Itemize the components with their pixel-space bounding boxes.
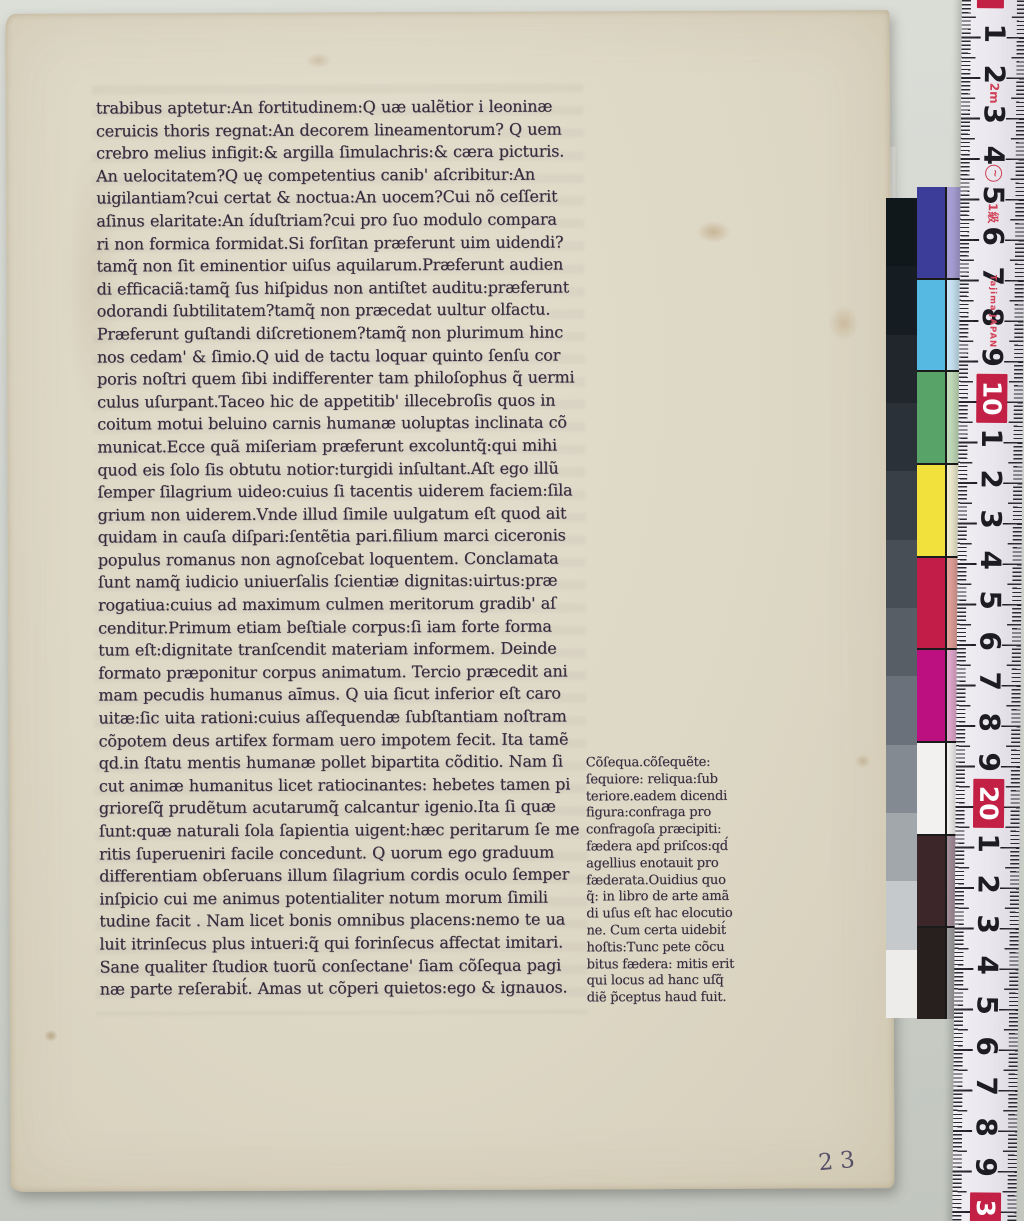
ruler-number: 3 bbox=[970, 1192, 1001, 1221]
text-line: Cõſequa.cõſequẽte: bbox=[586, 755, 744, 772]
wedge-step bbox=[886, 403, 917, 471]
text-line: ritis ſuperueniri facile concedunt. Q uo… bbox=[99, 841, 581, 866]
wedge-step bbox=[886, 881, 917, 949]
ruler-number: 2 bbox=[975, 469, 1008, 489]
text-line: uitæ:ſic uita rationi:cuius aſſequendæ ſ… bbox=[98, 705, 580, 730]
margin-note: Cõſequa.cõſequẽte:ſequiore: reliqua:ſubt… bbox=[586, 755, 745, 1008]
wedge-step bbox=[886, 266, 917, 334]
ruler-number: 9 bbox=[976, 347, 1009, 367]
ruler-number: 6 bbox=[970, 1036, 1003, 1056]
ruler-number: 6 bbox=[977, 226, 1010, 246]
ruler-annotation: 1級 bbox=[985, 203, 1002, 223]
ruler-annotation: JAPAN bbox=[987, 314, 997, 348]
text-line: rogatiua:cuius ad maximum culmen meritor… bbox=[98, 592, 580, 617]
ruler-number: 2 bbox=[971, 874, 1004, 894]
text-line: grioreſq̃ prudẽtum acutarumq̃ calcantur … bbox=[99, 796, 581, 821]
text-line: tamq̃ non ſit eminentior uiſus aquilarum… bbox=[96, 254, 578, 279]
fox-spot bbox=[696, 221, 730, 243]
text-line: luit itrinſecus plus intueri:q̃ qui fori… bbox=[99, 931, 581, 956]
text-line: figura:confraga pro bbox=[586, 805, 744, 822]
ruler-number: 1 bbox=[972, 833, 1005, 853]
text-line: quidam in cauſa diſpari:ſentẽtia pari.fi… bbox=[98, 525, 580, 550]
wedge-step bbox=[886, 813, 917, 881]
ruler-number: 4 bbox=[971, 955, 1004, 975]
text-line: tum eſt:dignitate tranſcendit materiam i… bbox=[98, 638, 580, 663]
text-line: quod eis ſolo ſis obtutu notior:turgidi … bbox=[97, 457, 579, 482]
ruler-number: 4 bbox=[974, 550, 1007, 570]
color-patch bbox=[917, 280, 945, 371]
jis-mark-icon: ~ bbox=[985, 165, 1002, 182]
text-line: fædera apd́ priſcos:qd́ bbox=[586, 839, 744, 856]
color-patch bbox=[917, 836, 945, 927]
wedge-step bbox=[886, 471, 917, 539]
grayscale-wedge bbox=[886, 198, 917, 1018]
text-line: uigilantiam?cui certat & noctua:An uocem… bbox=[96, 186, 578, 211]
ruler-zero-marker bbox=[977, 0, 1004, 8]
ruler-number: 1 bbox=[978, 23, 1011, 43]
ruler-number: 2 bbox=[978, 64, 1011, 84]
text-line: aſinus elaritate:An íduſtriam?cui pro ſu… bbox=[96, 208, 578, 233]
ruler-number: 8 bbox=[973, 712, 1006, 732]
ruler-number: 10 bbox=[976, 373, 1007, 422]
page-number-annotation: 23 bbox=[817, 1146, 862, 1176]
color-patch bbox=[917, 558, 945, 649]
wedge-step bbox=[886, 950, 917, 1018]
ruler-number: 3 bbox=[974, 509, 1007, 529]
ruler-annotation: 2m bbox=[987, 83, 1001, 104]
ruler: 123456789101234567892012345678932m~1級Taj… bbox=[952, 0, 1024, 1221]
ruler-number: 9 bbox=[972, 752, 1005, 772]
text-line: Præferunt guſtandi diſcretionem?tamq̃ no… bbox=[97, 321, 579, 346]
text-line: inſpicio cui me animus potentialiter not… bbox=[99, 886, 581, 911]
text-line: poris noſtri quem ſibi indifferenter tam… bbox=[97, 367, 579, 392]
text-line: ceruicis thoris regnat:An decorem lineam… bbox=[96, 118, 578, 143]
text-line: Sane qualiter ſtudioʀ tuorũ conſectane' … bbox=[100, 954, 582, 979]
wedge-step bbox=[886, 745, 917, 813]
wedge-step bbox=[886, 198, 917, 266]
ruler-number: 5 bbox=[974, 590, 1007, 610]
text-line: fæderata.Ouidius quo bbox=[586, 872, 744, 889]
fox-spot bbox=[44, 1030, 58, 1042]
ruler-number: 4 bbox=[977, 145, 1010, 165]
text-line: municat.Ecce quã miſeriam præferunt exco… bbox=[97, 434, 579, 459]
ruler-number: 9 bbox=[969, 1157, 1002, 1177]
ruler-number: 7 bbox=[973, 671, 1006, 691]
text-line: ſunt namq̃ iudicio uniuerſalis ſcientiæ … bbox=[98, 570, 580, 595]
ruler-number: 5 bbox=[970, 995, 1003, 1015]
text-line: grium non uiderem.Vnde illud ſimile uulg… bbox=[98, 502, 580, 527]
manuscript-page: trabibus aptetur:An fortitudinem:Q uæ ua… bbox=[5, 10, 894, 1192]
text-line: tudine facit . Nam licet bonis omnibus p… bbox=[99, 909, 581, 934]
wedge-step bbox=[886, 608, 917, 676]
ruler-number: 7 bbox=[970, 1076, 1003, 1096]
main-text-block: trabibus aptetur:An fortitudinem:Q uæ ua… bbox=[96, 95, 582, 1001]
text-line: nos cedam' & ſimio.Q uid de tactu loquar… bbox=[97, 344, 579, 369]
ruler-number: 3 bbox=[977, 104, 1010, 124]
text-line: næ parte reſerabit́. Amas ut cõperi quie… bbox=[100, 977, 582, 1002]
text-line: di efficaciã:tamq̃ ſus hiſpidus non anti… bbox=[97, 276, 579, 301]
text-line: cõpotem deus artifex formam uero impotem… bbox=[99, 728, 581, 753]
ruler-number: 20 bbox=[973, 778, 1004, 827]
ruler-number: 1 bbox=[975, 428, 1008, 448]
text-line: qd.in ſtatu mentis humanæ pollet biparti… bbox=[99, 751, 581, 776]
text-line: odorandi ſubtilitatem?tamq̃ non præcedat… bbox=[97, 299, 579, 324]
color-patch bbox=[917, 465, 945, 556]
photo-of-incunabulum-page: trabibus aptetur:An fortitudinem:Q uæ ua… bbox=[0, 0, 1024, 1221]
text-line: ſunt:quæ naturali ſola ſapientia uigent:… bbox=[99, 818, 581, 843]
text-line: ſemper ſilagrium uideo:cuius ſi tacentis… bbox=[97, 480, 579, 505]
wedge-step bbox=[886, 676, 917, 744]
text-line: bitus fædera: mitis erit bbox=[587, 956, 745, 973]
ruler-number: 6 bbox=[973, 631, 1006, 651]
text-line: qui locus ad hanc uſq̃ bbox=[587, 973, 745, 990]
fox-spot bbox=[306, 53, 332, 69]
text-line: cenditur.Primum etiam beſtiale corpus:ſi… bbox=[98, 615, 580, 640]
fox-spot bbox=[855, 754, 871, 768]
text-line: cut animæ humanitus licet ratiocinantes:… bbox=[99, 773, 581, 798]
text-line: crebro melius infigit:& argilla ſimulach… bbox=[96, 141, 578, 166]
text-line: coitum motui beluino carnis humanæ uolup… bbox=[97, 412, 579, 437]
text-line: populus romanus non agnoſcebat loquentem… bbox=[98, 547, 580, 572]
color-patch bbox=[917, 928, 945, 1019]
text-line: An uelocitatem?Q uę competentius canib' … bbox=[96, 163, 578, 188]
text-line: ne. Cum certa uidebit́ bbox=[586, 923, 744, 940]
color-patch bbox=[917, 650, 945, 741]
wedge-step bbox=[886, 540, 917, 608]
text-line: trabibus aptetur:An fortitudinem:Q uæ ua… bbox=[96, 95, 578, 120]
text-line: ri non formica formidat.Si forſitan præf… bbox=[96, 231, 578, 256]
text-line: agellius enotauit pro bbox=[586, 856, 744, 873]
text-line: ſequiore: reliqua:ſub bbox=[586, 772, 744, 789]
text-line: confragoſa præcipiti: bbox=[586, 822, 744, 839]
text-line: q̃: in libro de arte amã bbox=[586, 889, 744, 906]
ruler-number: 3 bbox=[971, 914, 1004, 934]
text-line: hoſtis:Tunc pete cõcu bbox=[586, 939, 744, 956]
text-line: teriore.eadem dicendi bbox=[586, 788, 744, 805]
text-line: culus uſurpant.Taceo hic de appetitib' i… bbox=[97, 389, 579, 414]
color-patch bbox=[917, 372, 945, 463]
fox-spot bbox=[829, 305, 859, 341]
text-line: diẽ p̃ceptus haud fuit. bbox=[587, 990, 745, 1007]
text-line: di uſus eſt hac elocutio bbox=[586, 906, 744, 923]
color-patch bbox=[917, 743, 945, 834]
ruler-number: 8 bbox=[970, 1117, 1003, 1137]
text-line: formato præponitur corpus animatum. Terc… bbox=[98, 660, 580, 685]
color-patch bbox=[917, 187, 945, 278]
ruler-annotation: Tajima bbox=[988, 275, 998, 312]
text-line: differentiam obſeruans illum ſilagrium c… bbox=[99, 864, 581, 889]
wedge-step bbox=[886, 335, 917, 403]
text-line: mam pecudis humanus aīmus. Q uia ſicut i… bbox=[98, 683, 580, 708]
